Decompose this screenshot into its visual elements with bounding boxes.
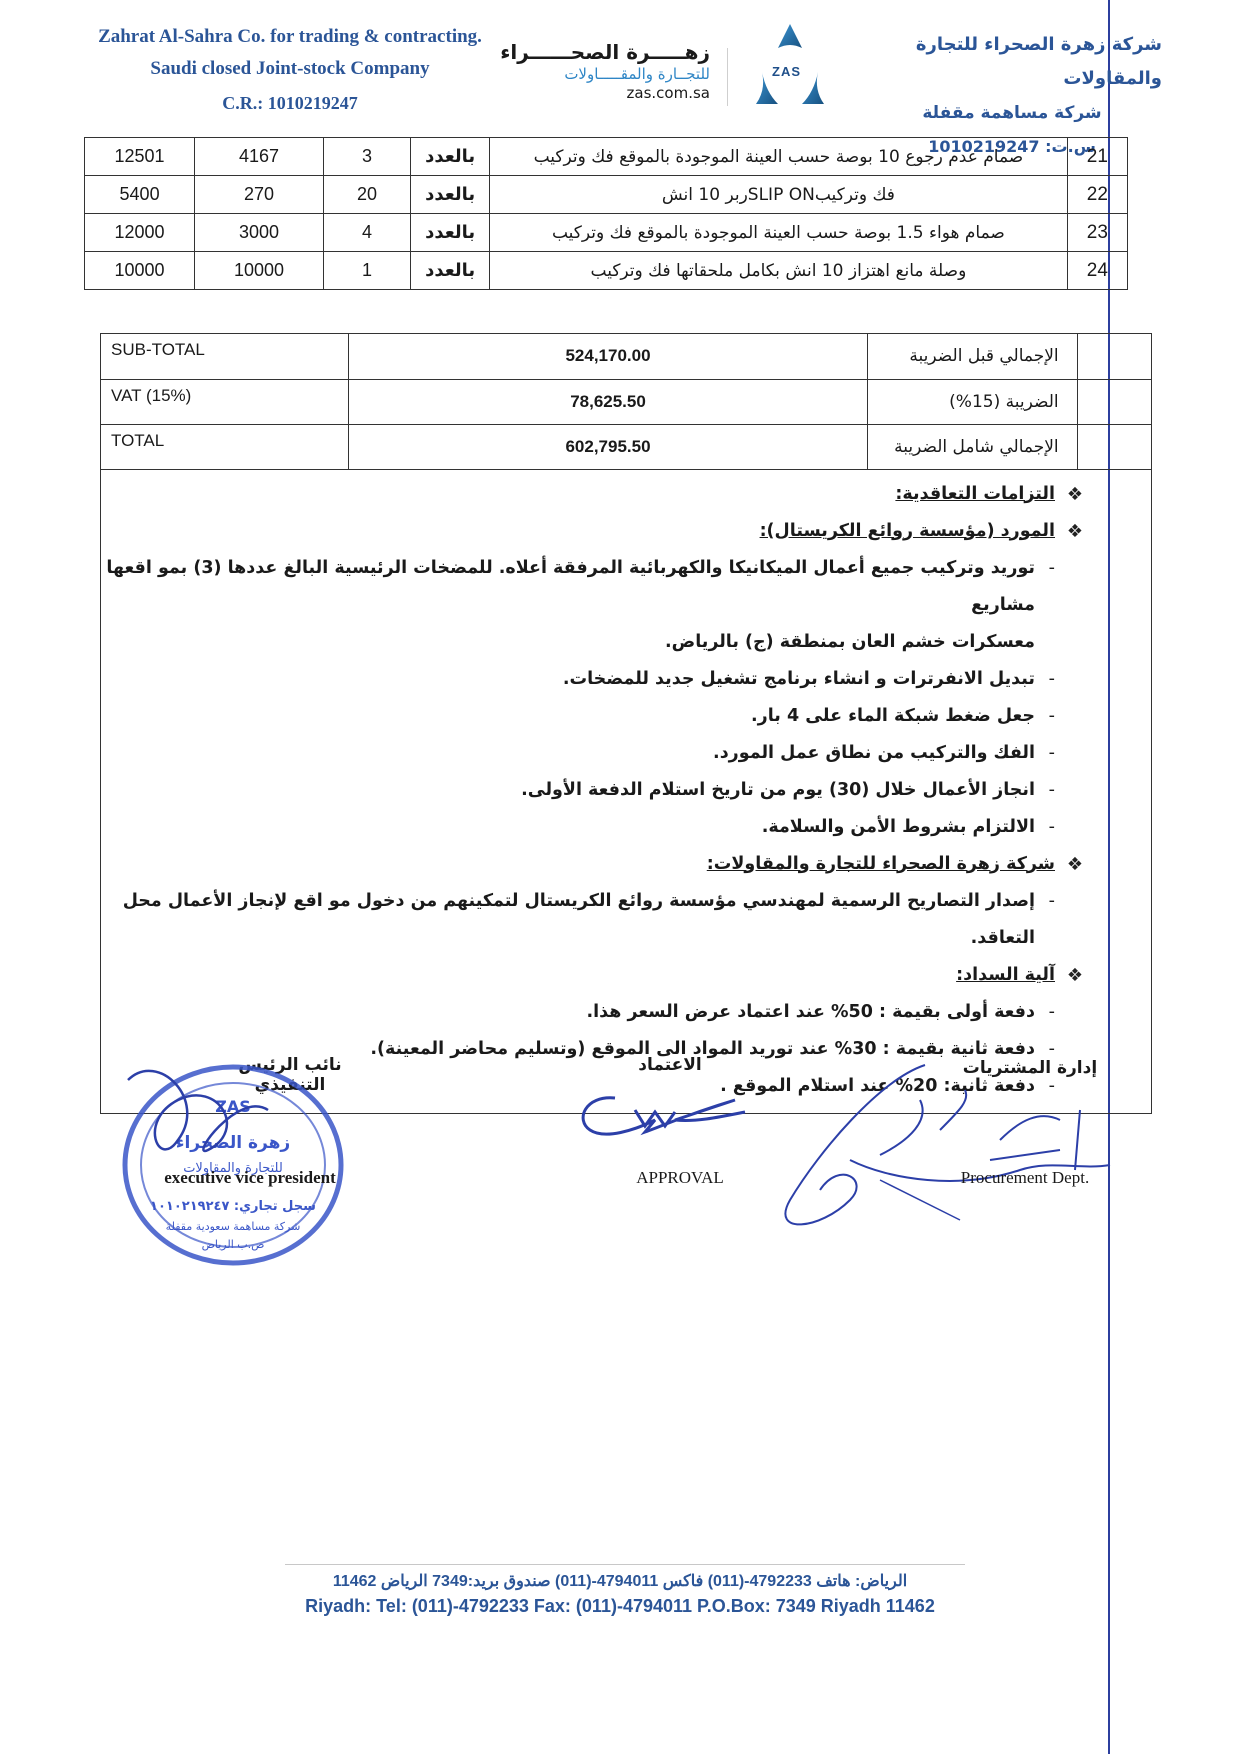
logo-brand-ar: زهـــــرة الصحــــــراء (500, 40, 710, 64)
item-description: وصلة مانع اهتزاز 10 انش بكامل ملحقاتها ف… (490, 252, 1068, 290)
approval-label-ar: الاعتماد (610, 1055, 730, 1075)
dash-bullet-icon: - (1049, 883, 1055, 920)
company-name-en: Zahrat Al-Sahra Co. for trading & contra… (90, 22, 490, 52)
dash-bullet-icon: - (1049, 661, 1055, 698)
company-stamp: ZAS زهرة الصحراء للتجارة والمقاولات سجل … (118, 1060, 348, 1270)
item-unit: بالعدد (411, 176, 490, 214)
terms-title: ❖ التزامات التعاقدية: (101, 476, 1143, 513)
totals-and-terms-box: SUB-TOTAL 524,170.00 الإجمالي قبل الضريب… (100, 333, 1152, 1114)
supplier-item: - الالتزام بشروط الأمن والسلامة. (101, 809, 1143, 846)
supplier-item: - تبديل الانفرترات و انشاء برنامج تشغيل … (101, 661, 1143, 698)
executive-label-en: executive vice president (130, 1168, 370, 1188)
diamond-bullet-icon: ❖ (1067, 846, 1083, 883)
blank-cell (1077, 334, 1151, 379)
item-description: صمام عدم رجوع 10 بوصة حسب العينة الموجود… (490, 138, 1068, 176)
items-table: 12501 4167 3 بالعدد صمام عدم رجوع 10 بوص… (84, 137, 1128, 290)
total-value: 602,795.50 (349, 424, 868, 469)
table-row: 10000 10000 1 بالعدد وصلة مانع اهتزاز 10… (85, 252, 1128, 290)
svg-text:سجل تجاري: ١٠١٠٢١٩٢٤٧: سجل تجاري: ١٠١٠٢١٩٢٤٧ (150, 1199, 316, 1214)
logo-website: zas.com.sa (500, 84, 710, 102)
item-unit-price: 10000 (195, 252, 324, 290)
blank-cell (1077, 379, 1151, 424)
table-row: 12501 4167 3 بالعدد صمام عدم رجوع 10 بوص… (85, 138, 1128, 176)
company-item: - إصدار التصاريح الرسمية لمهندسي مؤسسة ر… (69, 883, 1143, 957)
logo-tagline-ar: للتجــارة والمقـــــاولات (500, 64, 710, 84)
item-number: 22 (1067, 176, 1127, 214)
logo-mark-text: ZAS (772, 64, 801, 79)
supplier-item: - الفك والتركيب من نطاق عمل المورد. (101, 735, 1143, 772)
supplier-item-continued: معسكرات خشم العان بمنطقة (ج) بالرياض. (101, 624, 1143, 661)
dash-bullet-icon: - (1049, 735, 1055, 772)
subtotal-row: SUB-TOTAL 524,170.00 الإجمالي قبل الضريب… (101, 334, 1151, 379)
logo-divider (727, 48, 728, 106)
supplier-item: - جعل ضغط شبكة الماء على 4 بار. (101, 698, 1143, 735)
payment-item: - دفعة أولى بقيمة : 50% عند اعتماد عرض ا… (101, 994, 1143, 1031)
item-qty: 3 (323, 138, 410, 176)
header-english: Zahrat Al-Sahra Co. for trading & contra… (90, 22, 490, 120)
item-qty: 1 (323, 252, 410, 290)
procurement-label-en: Procurement Dept. (935, 1168, 1115, 1188)
vat-label-en: VAT (15%) (101, 379, 349, 424)
item-total: 12501 (85, 138, 195, 176)
item-number: 21 (1067, 138, 1127, 176)
footer-divider (285, 1564, 965, 1565)
vat-row: VAT (15%) 78,625.50 الضريبة (15%) (101, 379, 1151, 424)
contract-terms: ❖ التزامات التعاقدية: ❖ المورد (مؤسسة رو… (101, 470, 1151, 1113)
procurement-signature (760, 1060, 1120, 1240)
supplier-item: - انجاز الأعمال خلال (30) يوم من تاريخ ا… (101, 772, 1143, 809)
dash-bullet-icon: - (1049, 772, 1055, 809)
item-qty: 4 (323, 214, 410, 252)
item-number: 24 (1067, 252, 1127, 290)
item-unit-price: 4167 (195, 138, 324, 176)
item-description: فك وتركيبSLIP ONربر 10 انش (490, 176, 1068, 214)
item-unit: بالعدد (411, 138, 490, 176)
item-unit-price: 3000 (195, 214, 324, 252)
subtotal-label-en: SUB-TOTAL (101, 334, 349, 379)
item-unit: بالعدد (411, 252, 490, 290)
dash-bullet-icon: - (1049, 698, 1055, 735)
vat-label-ar: الضريبة (15%) (867, 379, 1077, 424)
svg-text:زهرة الصحراء: زهرة الصحراء (176, 1133, 290, 1153)
dash-bullet-icon: - (1049, 550, 1055, 587)
totals-table: SUB-TOTAL 524,170.00 الإجمالي قبل الضريب… (101, 334, 1151, 470)
total-row: TOTAL 602,795.50 الإجمالي شامل الضريبة (101, 424, 1151, 469)
supplier-item: - توريد وتركيب جميع أعمال الميكانيكا وال… (69, 550, 1143, 624)
item-unit: بالعدد (411, 214, 490, 252)
company-heading: ❖ شركة زهرة الصحراء للتجارة والمقاولات: (101, 846, 1143, 883)
table-row: 12000 3000 4 بالعدد صمام هواء 1.5 بوصة ح… (85, 214, 1128, 252)
total-label-en: TOTAL (101, 424, 349, 469)
supplier-heading: ❖ المورد (مؤسسة روائع الكريستال): (101, 513, 1143, 550)
item-total: 5400 (85, 176, 195, 214)
diamond-bullet-icon: ❖ (1067, 957, 1083, 994)
item-total: 12000 (85, 214, 195, 252)
item-unit-price: 270 (195, 176, 324, 214)
approval-signature (575, 1090, 755, 1160)
cr-number-en: C.R.: 1010219247 (90, 86, 490, 120)
payment-heading: ❖ آلية السداد: (101, 957, 1143, 994)
company-type-en: Saudi closed Joint-stock Company (90, 52, 490, 86)
subtotal-value: 524,170.00 (349, 334, 868, 379)
zas-logo-icon: ZAS (740, 20, 840, 110)
approval-label-en: APPROVAL (600, 1168, 760, 1188)
item-description: صمام هواء 1.5 بوصة حسب العينة الموجودة ب… (490, 214, 1068, 252)
total-label-ar: الإجمالي شامل الضريبة (867, 424, 1077, 469)
footer-contact: الرياض: هاتف 4792233-(011) فاكس 4794011-… (260, 1570, 980, 1618)
item-qty: 20 (323, 176, 410, 214)
diamond-bullet-icon: ❖ (1067, 513, 1083, 550)
footer-contact-en: Riyadh: Tel: (011)-4792233 Fax: (011)-47… (260, 1594, 980, 1618)
dash-bullet-icon: - (1049, 994, 1055, 1031)
table-row: 5400 270 20 بالعدد فك وتركيبSLIP ONربر 1… (85, 176, 1128, 214)
svg-text:شركة مساهمة سعودية مقفلة: شركة مساهمة سعودية مقفلة (166, 1220, 301, 1233)
svg-text:ص.ب الرياض: ص.ب الرياض (202, 1238, 265, 1251)
item-total: 10000 (85, 252, 195, 290)
diamond-bullet-icon: ❖ (1067, 476, 1083, 513)
vat-value: 78,625.50 (349, 379, 868, 424)
company-type-ar: شركة مساهمة مقفلة (862, 96, 1162, 130)
blank-cell (1077, 424, 1151, 469)
dash-bullet-icon: - (1049, 809, 1055, 846)
company-name-ar: شركة زهرة الصحراء للتجارة والمقاولات (862, 28, 1162, 96)
subtotal-label-ar: الإجمالي قبل الضريبة (867, 334, 1077, 379)
footer-contact-ar: الرياض: هاتف 4792233-(011) فاكس 4794011-… (260, 1570, 980, 1594)
item-number: 23 (1067, 214, 1127, 252)
logo-wordmark: زهـــــرة الصحــــــراء للتجــارة والمقـ… (500, 40, 710, 102)
